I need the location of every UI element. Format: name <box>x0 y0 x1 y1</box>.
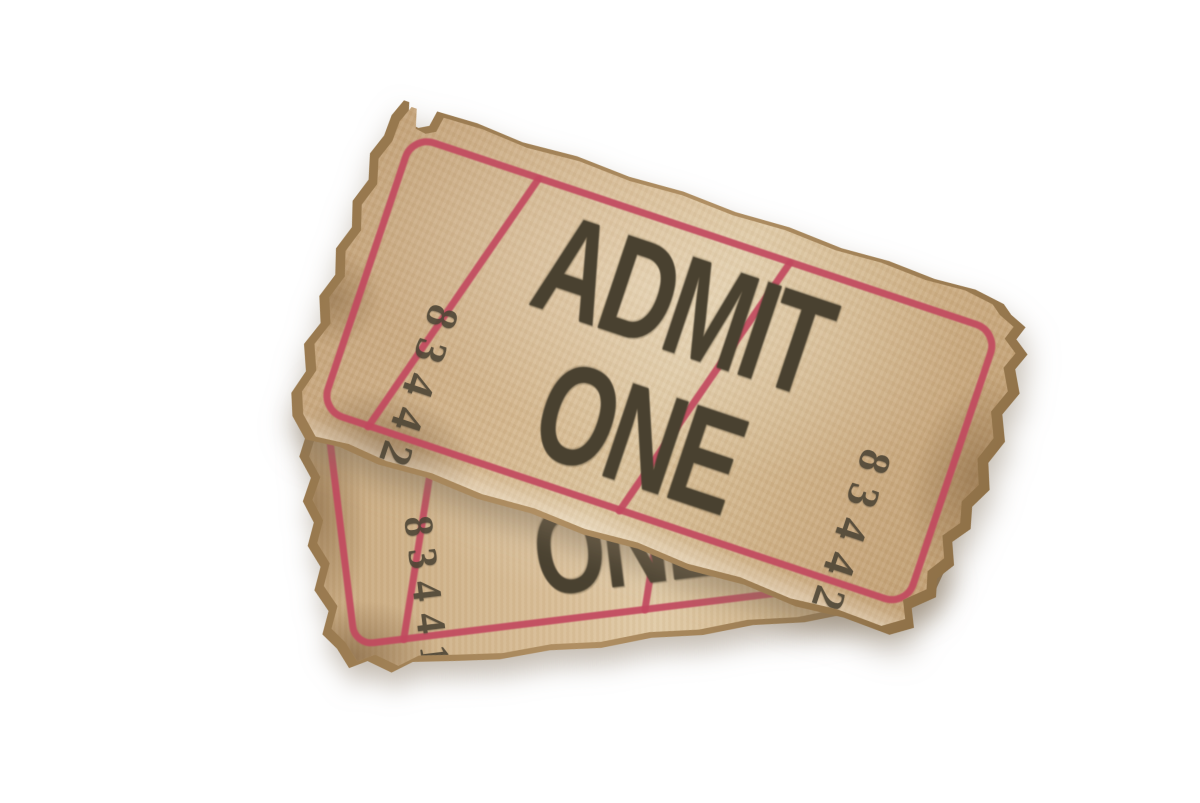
photo-scene: 834411 ADMIT ONE 834422 834422 ADMIT ONE <box>0 0 1200 803</box>
